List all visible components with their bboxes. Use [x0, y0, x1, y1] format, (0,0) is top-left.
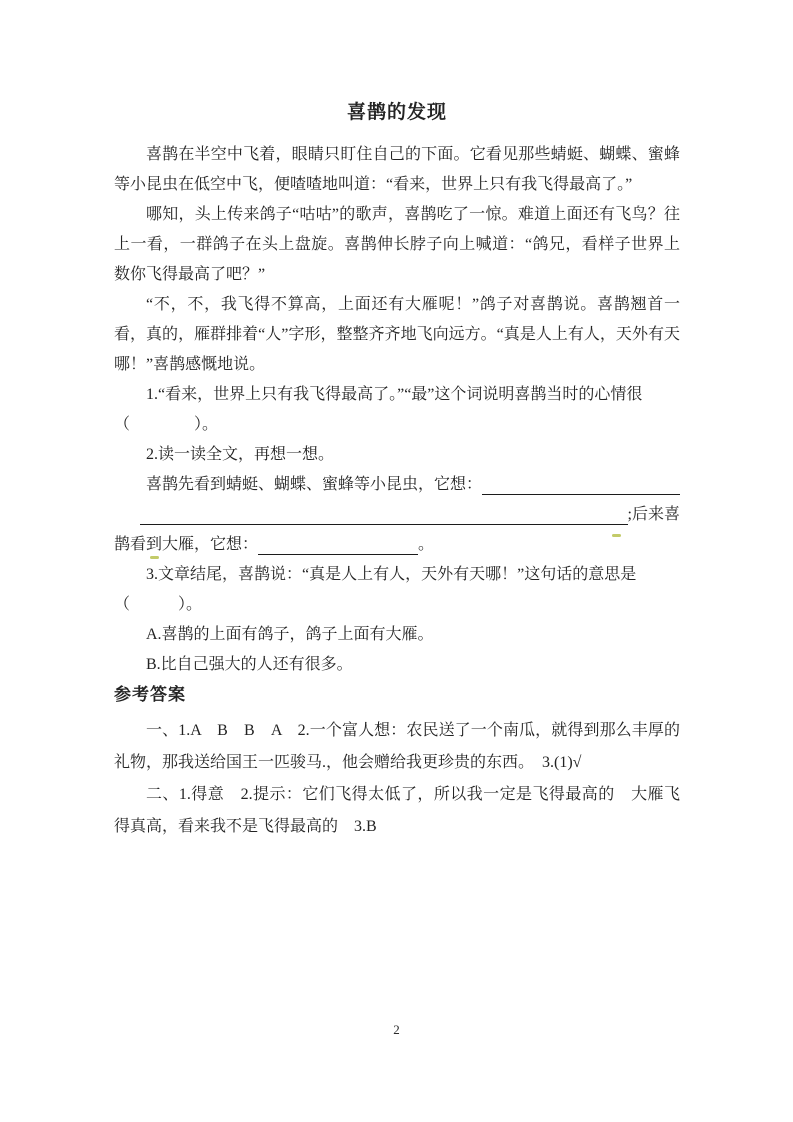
- fill-line-2-suffix: ;后来喜: [628, 500, 680, 530]
- answers-section-1: 一、1.A B B A 2.一个富人想：农民送了一个南瓜，就得到那么丰厚的礼物，…: [114, 715, 680, 779]
- question-3-text: 3.文章结尾，喜鹊说：“真是人上有人，天外有天哪！”这句话的意思是: [114, 560, 680, 590]
- fill-blank-line-1: 喜鹊先看到蜻蜓、蝴蝶、蜜蜂等小昆虫，它想：: [114, 470, 680, 500]
- answer-blank-2: [140, 524, 628, 525]
- question-3-option-b: B.比自己强大的人还有很多。: [114, 650, 680, 680]
- page-content: 喜鹊的发现 喜鹊在半空中飞着，眼睛只盯住自己的下面。它看见那些蜻蜓、蝴蝶、蜜蜂等…: [114, 98, 680, 843]
- fill-line-1-label: 喜鹊先看到蜻蜓、蝴蝶、蜜蜂等小昆虫，它想：: [146, 470, 482, 500]
- question-1-text: 1.“看来，世界上只有我飞得最高了。”“最”这个词说明喜鹊当时的心情很: [114, 380, 680, 410]
- fill-blank-line-3: 鹊看到大雁，它想： 。: [114, 530, 680, 560]
- answer-blank-3: [258, 554, 418, 555]
- page-number: 2: [393, 1022, 400, 1038]
- passage-paragraph-1: 喜鹊在半空中飞着，眼睛只盯住自己的下面。它看见那些蜻蜓、蝴蝶、蜜蜂等小昆虫在低空…: [114, 140, 680, 200]
- spellcheck-mark: [612, 534, 621, 537]
- question-2-text: 2.读一读全文，再想一想。: [114, 440, 680, 470]
- question-3-option-a: A.喜鹊的上面有鸽子，鸽子上面有大雁。: [114, 620, 680, 650]
- answers-heading: 参考答案: [114, 680, 680, 710]
- spellcheck-mark: [150, 556, 159, 559]
- question-3-answer-parens: （ ）。: [114, 590, 680, 620]
- answers-section-2: 二、1.得意 2.提示：它们飞得太低了，所以我一定是飞得最高的 大雁飞得真高，看…: [114, 779, 680, 843]
- fill-line-3-suffix: 。: [418, 530, 434, 560]
- question-1-answer-parens: （ ）。: [114, 410, 680, 440]
- fill-line-3-label: 鹊看到大雁，它想：: [114, 530, 258, 560]
- page-title: 喜鹊的发现: [114, 98, 680, 128]
- answer-blank-1: [482, 494, 680, 495]
- worksheet-page: 喜鹊的发现 喜鹊在半空中飞着，眼睛只盯住自己的下面。它看见那些蜻蜓、蝴蝶、蜜蜂等…: [0, 0, 793, 1122]
- passage-paragraph-3: “不，不，我飞得不算高，上面还有大雁呢！”鸽子对喜鹊说。喜鹊翘首一看，真的，雁群…: [114, 290, 680, 380]
- fill-blank-line-2: ;后来喜: [114, 500, 680, 530]
- passage-paragraph-2: 哪知，头上传来鸽子“咕咕”的歌声，喜鹊吃了一惊。难道上面还有飞鸟？往上一看，一群…: [114, 200, 680, 290]
